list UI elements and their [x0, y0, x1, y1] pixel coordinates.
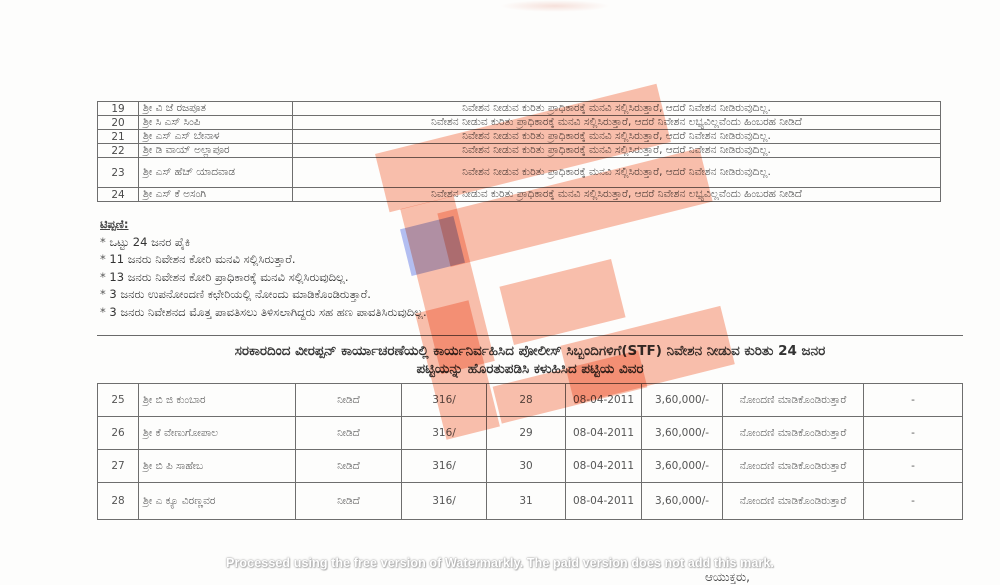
serial-cell: 26 [98, 417, 139, 450]
remark-cell: - [864, 450, 963, 483]
name-cell: ಶ್ರೀ ಸಿ ಎಸ್ ಸಿಂಪಿ [139, 116, 293, 130]
remark-cell: ನಿವೇಶನ ನೀಡುವ ಕುರಿತು ಪ್ರಾಧಿಕಾರಕ್ಕೆ ಮನವಿ ಸ… [293, 158, 941, 188]
remark-cell: ನಿವೇಶನ ನೀಡುವ ಕುರಿತು ಪ್ರಾಧಿಕಾರಕ್ಕೆ ಮನವಿ ಸ… [293, 102, 941, 116]
ref-cell: 316/ [402, 483, 487, 520]
serial-cell: 24 [98, 188, 139, 202]
ref-cell: 316/ [402, 450, 487, 483]
amount-cell: 3,60,000/- [642, 483, 723, 520]
registration-cell: ನೋಂದಣಿ ಮಾಡಿಕೊಂಡಿರುತ್ತಾರೆ [723, 483, 864, 520]
remark-cell: - [864, 417, 963, 450]
note-item: 13 ಜನರು ನಿವೇಶನ ಕೋರಿ ಪ್ರಾಧಿಕಾರಕ್ಕೆ ಮನವಿ ಸ… [100, 269, 427, 287]
heading-line-1: ಸರಕಾರದಿಂದ ವೀರಪ್ಪನ್ ಕಾರ್ಯಾಚರಣೆಯಲ್ಲಿ ಕಾರ್ಯ… [97, 342, 963, 360]
amount-cell: 3,60,000/- [642, 384, 723, 417]
name-cell: ಶ್ರೀ ವಿ ಜೆ ರಜಪೂತ [139, 102, 293, 116]
date-cell: 08-04-2011 [566, 384, 642, 417]
number-cell: 29 [487, 417, 566, 450]
table-row: 21 ಶ್ರೀ ಎಸ್ ಎಸ್ ಬೇನಾಳ ನಿವೇಶನ ನೀಡುವ ಕುರಿತ… [98, 130, 941, 144]
status-cell: ನೀಡಿದೆ [296, 483, 402, 520]
name-cell: ಶ್ರೀ ಬಿ ಪಿ ಸಾಹೇಬ [139, 450, 296, 483]
table-row: 22 ಶ್ರೀ ಡಿ ವಾಯ್ ಅಲ್ಲಾಪೂರ ನಿವೇಶನ ನೀಡುವ ಕು… [98, 144, 941, 158]
name-cell: ಶ್ರೀ ಬಿ ಜಿ ಕುಂಬಾರ [139, 384, 296, 417]
table-row: 27 ಶ್ರೀ ಬಿ ಪಿ ಸಾಹೇಬ ನೀಡಿದೆ 316/ 30 08-04… [98, 450, 963, 483]
remark-cell: ನಿವೇಶನ ನೀಡುವ ಕುರಿತು ಪ್ರಾಧಿಕಾರಕ್ಕೆ ಮನವಿ ಸ… [293, 188, 941, 202]
serial-cell: 21 [98, 130, 139, 144]
registration-cell: ನೋಂದಣಿ ಮಾಡಿಕೊಂಡಿರುತ್ತಾರೆ [723, 417, 864, 450]
table-row: 19 ಶ್ರೀ ವಿ ಜೆ ರಜಪೂತ ನಿವೇಶನ ನೀಡುವ ಕುರಿತು … [98, 102, 941, 116]
notes-section: ಟಿಪ್ಪಣಿ: ಒಟ್ಟು 24 ಜನರ ಪೈಕಿ 11 ಜನರು ನಿವೇಶ… [100, 216, 427, 321]
name-cell: ಶ್ರೀ ಡಿ ವಾಯ್ ಅಲ್ಲಾಪೂರ [139, 144, 293, 158]
note-item: 11 ಜನರು ನಿವೇಶನ ಕೋರಿ ಮನವಿ ಸಲ್ಲಿಸಿರುತ್ತಾರೆ… [100, 251, 427, 269]
amount-cell: 3,60,000/- [642, 450, 723, 483]
note-item: 3 ಜನರು ಉಪನೋಂದಣಿ ಕಛೇರಿಯಲ್ಲಿ ನೋಂದು ಮಾಡಿಕೊಂ… [100, 286, 427, 304]
registration-cell: ನೋಂದಣಿ ಮಾಡಿಕೊಂಡಿರುತ್ತಾರೆ [723, 384, 864, 417]
name-cell: ಶ್ರೀ ಕೆ ವೇಣುಗೋಪಾಲ [139, 417, 296, 450]
remark-cell: ನಿವೇಶನ ನೀಡುವ ಕುರಿತು ಪ್ರಾಧಿಕಾರಕ್ಕೆ ಮನವಿ ಸ… [293, 130, 941, 144]
table-row: 20 ಶ್ರೀ ಸಿ ಎಸ್ ಸಿಂಪಿ ನಿವೇಶನ ನೀಡುವ ಕುರಿತು… [98, 116, 941, 130]
name-cell: ಶ್ರೀ ಎಸ್ ಹೆಚ್ ಯಾದವಾಡ [139, 158, 293, 188]
section-divider [97, 335, 963, 336]
watermark-shape [499, 259, 625, 345]
serial-cell: 22 [98, 144, 139, 158]
date-cell: 08-04-2011 [566, 417, 642, 450]
bottom-table: 25 ಶ್ರೀ ಬಿ ಜಿ ಕುಂಬಾರ ನೀಡಿದೆ 316/ 28 08-0… [97, 383, 963, 520]
serial-cell: 19 [98, 102, 139, 116]
date-cell: 08-04-2011 [566, 483, 642, 520]
serial-cell: 28 [98, 483, 139, 520]
notes-title: ಟಿಪ್ಪಣಿ: [100, 216, 427, 234]
number-cell: 30 [487, 450, 566, 483]
name-cell: ಶ್ರೀ ಎ ಕ್ಯೂ ವಿರಣ್ಣವರ [139, 483, 296, 520]
status-cell: ನೀಡಿದೆ [296, 417, 402, 450]
top-table: 19 ಶ್ರೀ ವಿ ಜೆ ರಜಪೂತ ನಿವೇಶನ ನೀಡುವ ಕುರಿತು … [97, 101, 941, 202]
name-cell: ಶ್ರೀ ಎಸ್ ಎಸ್ ಬೇನಾಳ [139, 130, 293, 144]
note-item: ಒಟ್ಟು 24 ಜನರ ಪೈಕಿ [100, 234, 427, 252]
number-cell: 28 [487, 384, 566, 417]
remark-cell: - [864, 483, 963, 520]
watermark-text: Processed using the free version of Wate… [0, 556, 1000, 570]
name-cell: ಶ್ರೀ ಎಸ್ ಕೆ ಅಸಂಗಿ [139, 188, 293, 202]
table-row: 24 ಶ್ರೀ ಎಸ್ ಕೆ ಅಸಂಗಿ ನಿವೇಶನ ನೀಡುವ ಕುರಿತು… [98, 188, 941, 202]
registration-cell: ನೋಂದಣಿ ಮಾಡಿಕೊಂಡಿರುತ್ತಾರೆ [723, 450, 864, 483]
number-cell: 31 [487, 483, 566, 520]
ref-cell: 316/ [402, 417, 487, 450]
date-cell: 08-04-2011 [566, 450, 642, 483]
status-cell: ನೀಡಿದೆ [296, 384, 402, 417]
table-row: 28 ಶ್ರೀ ಎ ಕ್ಯೂ ವಿರಣ್ಣವರ ನೀಡಿದೆ 316/ 31 0… [98, 483, 963, 520]
remark-cell: ನಿವೇಶನ ನೀಡುವ ಕುರಿತು ಪ್ರಾಧಿಕಾರಕ್ಕೆ ಮನವಿ ಸ… [293, 116, 941, 130]
serial-cell: 27 [98, 450, 139, 483]
scan-smudge [500, 0, 610, 12]
table-row: 25 ಶ್ರೀ ಬಿ ಜಿ ಕುಂಬಾರ ನೀಡಿದೆ 316/ 28 08-0… [98, 384, 963, 417]
serial-cell: 25 [98, 384, 139, 417]
note-item: 3 ಜನರು ನಿವೇಶನದ ಮೊತ್ತ ಪಾವತಿಸಲು ತಿಳಿಸಲಾಗಿದ… [100, 304, 427, 322]
amount-cell: 3,60,000/- [642, 417, 723, 450]
table-row: 23 ಶ್ರೀ ಎಸ್ ಹೆಚ್ ಯಾದವಾಡ ನಿವೇಶನ ನೀಡುವ ಕುರ… [98, 158, 941, 188]
remark-cell: - [864, 384, 963, 417]
remark-cell: ನಿವೇಶನ ನೀಡುವ ಕುರಿತು ಪ್ರಾಧಿಕಾರಕ್ಕೆ ಮನವಿ ಸ… [293, 144, 941, 158]
ref-cell: 316/ [402, 384, 487, 417]
signature-label: ಆಯುಕ್ತರು, [705, 570, 750, 585]
status-cell: ನೀಡಿದೆ [296, 450, 402, 483]
serial-cell: 23 [98, 158, 139, 188]
table-row: 26 ಶ್ರೀ ಕೆ ವೇಣುಗೋಪಾಲ ನೀಡಿದೆ 316/ 29 08-0… [98, 417, 963, 450]
section-heading: ಸರಕಾರದಿಂದ ವೀರಪ್ಪನ್ ಕಾರ್ಯಾಚರಣೆಯಲ್ಲಿ ಕಾರ್ಯ… [97, 342, 963, 378]
serial-cell: 20 [98, 116, 139, 130]
scanned-document-page: 19 ಶ್ರೀ ವಿ ಜೆ ರಜಪೂತ ನಿವೇಶನ ನೀಡುವ ಕುರಿತು … [0, 0, 1000, 585]
heading-line-2: ಪಟ್ಟಿಯನ್ನು ಹೊರತುಪಡಿಸಿ ಕಳುಹಿಸಿದ ಪಟ್ಟಿಯ ವಿ… [97, 360, 963, 378]
